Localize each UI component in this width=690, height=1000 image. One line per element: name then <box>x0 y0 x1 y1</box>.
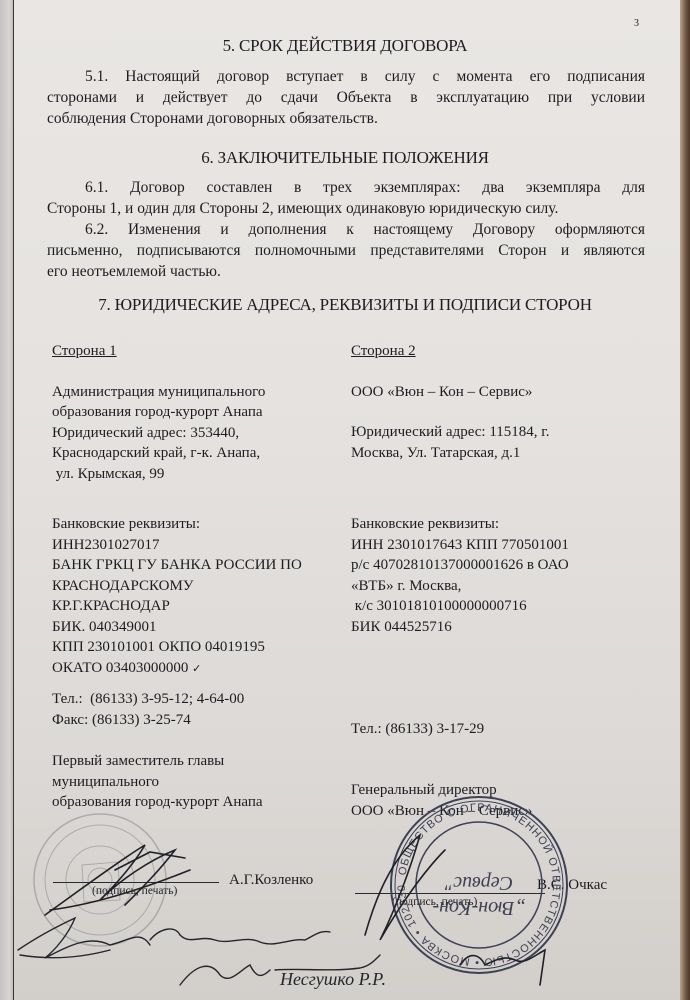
party2-name: ООО «Вюн – Кон – Сервис» <box>351 382 671 403</box>
text-line: 6.1. Договор составлен в трех экземпляра… <box>47 177 645 198</box>
checkmark-icon: ✓ <box>192 663 201 675</box>
party2-signature-caption: (подпись, печать) <box>392 896 477 908</box>
party2-bank-line: к/с 30101810100000000716 <box>351 596 671 617</box>
page-number: 3 <box>634 18 639 29</box>
section7-heading: 7. ЮРИДИЧЕСКИЕ АДРЕСА, РЕКВИЗИТЫ И ПОДПИ… <box>0 295 690 315</box>
section6-paragraph-1: 6.1. Договор составлен в трех экземпляра… <box>47 177 645 219</box>
party1-bank-line: КПП 230101001 ОКПО 04019195 <box>52 637 342 658</box>
party1-signature-line <box>53 882 219 883</box>
party2-bank-line: БИК 044525716 <box>351 617 671 638</box>
party1-bank-line: ИНН2301027017 <box>52 535 342 556</box>
party1-label: Сторона 1 <box>52 341 342 362</box>
party1-address-line: Краснодарский край, г-к. Анапа, <box>52 443 342 464</box>
text-line: сторонами и действует до сдачи Объекта в… <box>47 87 645 108</box>
section6-heading: 6. ЗАКЛЮЧИТЕЛЬНЫЕ ПОЛОЖЕНИЯ <box>0 148 690 168</box>
section6-paragraph-2: 6.2. Изменения и дополнения к настоящему… <box>47 219 645 282</box>
text-line: письменно, подписываются полномочными пр… <box>47 240 645 261</box>
party1-bank-line: Банковские реквизиты: <box>52 514 342 535</box>
section5-heading: 5. СРОК ДЕЙСТВИЯ ДОГОВОРА <box>0 36 690 56</box>
party2-position-line: Генеральный директор <box>351 780 671 801</box>
party2-signatory-name: В.С. Очкас <box>537 877 607 894</box>
party1-position-line: муниципального <box>52 772 342 793</box>
text-line: его неотъемлемой частью. <box>47 261 645 282</box>
party1-contacts: Тел.: (86133) 3-95-12; 4-64-00 Факс: (86… <box>52 689 342 730</box>
party1-address-line: ул. Крымская, 99 <box>52 464 342 485</box>
party2-label: Сторона 2 <box>351 341 671 362</box>
party2-phone: Тел.: (86133) 3-17-29 <box>351 719 671 740</box>
party1-position-line: Первый заместитель главы <box>52 751 342 772</box>
party2-bank-line: ИНН 2301017643 КПП 770501001 <box>351 535 671 556</box>
party2-address-line: Москва, Ул. Татарская, д.1 <box>351 443 671 464</box>
party1-bank-line: БАНК ГРКЦ ГУ БАНКА РОССИИ ПО <box>52 555 342 576</box>
party1-position-line: образования город-курорт Анапа <box>52 792 342 813</box>
party2-bank-line: «ВТБ» г. Москва, <box>351 576 671 597</box>
party1-position: Первый заместитель главы муниципального … <box>52 751 342 813</box>
party1-signatory-name: А.Г.Козленко <box>229 872 313 889</box>
section5-paragraph-1: 5.1. Настоящий договор вступает в силу с… <box>47 66 645 129</box>
text-line: 5.1. Настоящий договор вступает в силу с… <box>47 66 645 87</box>
party1-bank-line: ОКАТО 03403000000 ✓ <box>52 658 342 680</box>
party1-bank-line: БИК. 040349001 <box>52 617 342 638</box>
party1-address-line: Юридический адрес: 353440, <box>52 423 342 444</box>
party2-bank-line: р/с 40702810137000001626 в ОАО <box>351 555 671 576</box>
party2-signature-line <box>355 893 545 894</box>
party1-block: Сторона 1 Администрация муниципального о… <box>52 341 342 484</box>
party2-position: Генеральный директор ООО «Вюн – Кон – Се… <box>351 780 671 821</box>
party1-fax: Факс: (86133) 3-25-74 <box>52 710 342 731</box>
party1-bank-line: КРАСНОДАРСКОМУ <box>52 576 342 597</box>
party1-bank-block: Банковские реквизиты: ИНН2301027017 БАНК… <box>52 514 342 679</box>
party2-contacts: Тел.: (86133) 3-17-29 <box>351 719 671 740</box>
party1-signature-caption: (подпись, печать) <box>92 885 177 897</box>
text-line: соблюдения Сторонами договорных обязател… <box>47 108 645 129</box>
text-line: Стороны 1, и один для Стороны 2, имеющих… <box>47 198 645 219</box>
party2-block: Сторона 2 ООО «Вюн – Кон – Сервис» Юриди… <box>351 341 671 463</box>
party1-phone: Тел.: (86133) 3-95-12; 4-64-00 <box>52 689 342 710</box>
party1-name-line: образования город-курорт Анапа <box>52 402 342 423</box>
party1-name-line: Администрация муниципального <box>52 382 342 403</box>
party2-address-line: Юридический адрес: 115184, г. <box>351 422 671 443</box>
party1-bank-line: КР.Г.КРАСНОДАР <box>52 596 342 617</box>
party2-bank-line: Банковские реквизиты: <box>351 514 671 535</box>
text-line: 6.2. Изменения и дополнения к настоящему… <box>47 219 645 240</box>
party2-position-line: ООО «Вюн – Кон – Сервис» <box>351 801 671 822</box>
party2-bank-block: Банковские реквизиты: ИНН 2301017643 КПП… <box>351 514 671 637</box>
